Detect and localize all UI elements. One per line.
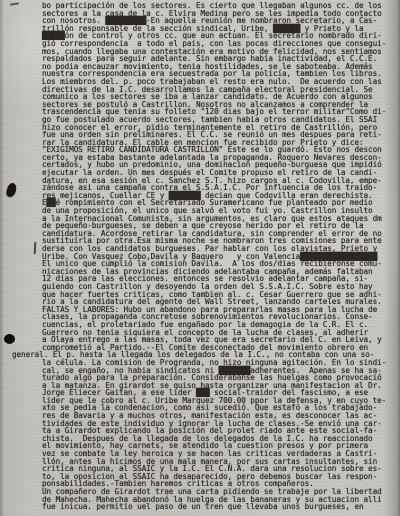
text-line: fue inicua. permitio uel paso de un tren… <box>42 503 398 511</box>
pen-dash-mark <box>10 2 19 5</box>
ink-blob-mark <box>5 182 18 198</box>
pen-tick-mark <box>34 242 37 254</box>
document-text: bo participación de los sectores. Es cie… <box>42 2 398 511</box>
scanned-document-page: bo participación de los sectores. Es cie… <box>0 0 400 516</box>
ink-dot-mark <box>4 334 15 344</box>
